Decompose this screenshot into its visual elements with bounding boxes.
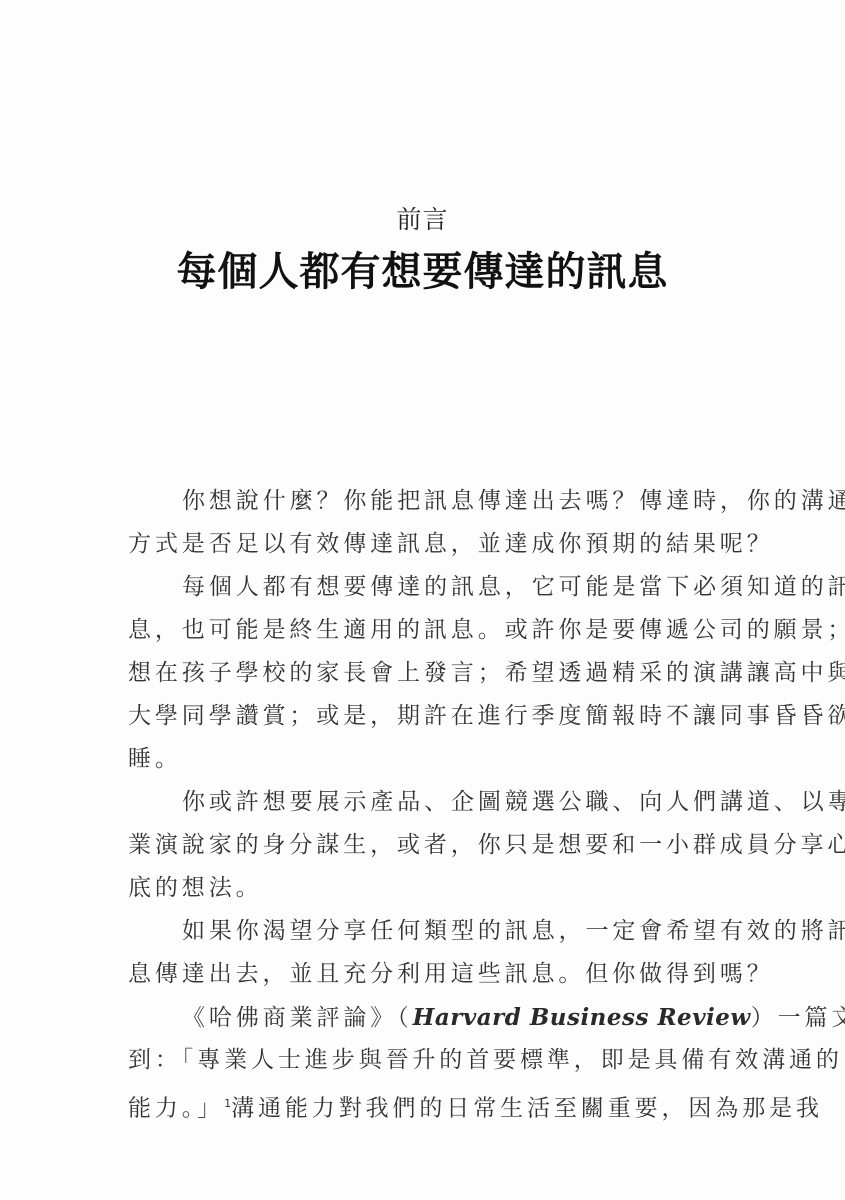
line-continuation: 溝通能力對我們的日常生活至關重要，因為那是我: [231, 1096, 823, 1122]
text-line: 每個人都有想要傳達的訊息，它可能是當下必須知道的訊: [128, 566, 732, 609]
text-line: 如果你渴望分享任何類型的訊息，一定會希望有效的將訊: [128, 910, 732, 953]
text-line: 你想說什麼？你能把訊息傳達出去嗎？傳達時，你的溝通: [128, 480, 732, 523]
chapter-title: 每個人都有想要傳達的訊息: [0, 240, 845, 297]
text-line: 睡。: [128, 738, 732, 781]
hbr-suffix: ）一篇文章提: [751, 1005, 845, 1031]
hbr-citation-line: 《哈佛商業評論》（Harvard Business Review）一篇文章提: [128, 996, 732, 1039]
footnote-line: 能力。」1溝通能力對我們的日常生活至關重要，因為那是我: [128, 1082, 732, 1125]
text-line: 業演說家的身分謀生，或者，你只是想要和一小群成員分享心: [128, 824, 732, 867]
body-text: 你想說什麼？你能把訊息傳達出去嗎？傳達時，你的溝通 方式是否足以有效傳達訊息，並…: [128, 480, 732, 1125]
text-line: 息，也可能是終生適用的訊息。或許你是要傳遞公司的願景；: [128, 609, 732, 652]
text-line: 你或許想要展示產品、企圖競選公職、向人們講道、以專: [128, 781, 732, 824]
chapter-label: 前言: [0, 200, 845, 236]
text-line: 息傳達出去，並且充分利用這些訊息。但你做得到嗎？: [128, 953, 732, 996]
text-line: 底的想法。: [128, 867, 732, 910]
quote-line: 到：「專業人士進步與晉升的首要標準，即是具備有效溝通的: [128, 1039, 732, 1082]
book-page: 前言 每個人都有想要傳達的訊息 你想說什麼？你能把訊息傳達出去嗎？傳達時，你的溝…: [0, 0, 845, 1200]
hbr-prefix: 《哈佛商業評論》（: [182, 1005, 413, 1031]
quote-end: 能力。」: [128, 1096, 224, 1122]
text-line: 大學同學讚賞；或是，期許在進行季度簡報時不讓同事昏昏欲: [128, 695, 732, 738]
text-line: 方式是否足以有效傳達訊息，並達成你預期的結果呢？: [128, 523, 732, 566]
hbr-english-title: Harvard Business Review: [413, 1004, 751, 1031]
text-line: 想在孩子學校的家長會上發言；希望透過精采的演講讓高中與: [128, 652, 732, 695]
